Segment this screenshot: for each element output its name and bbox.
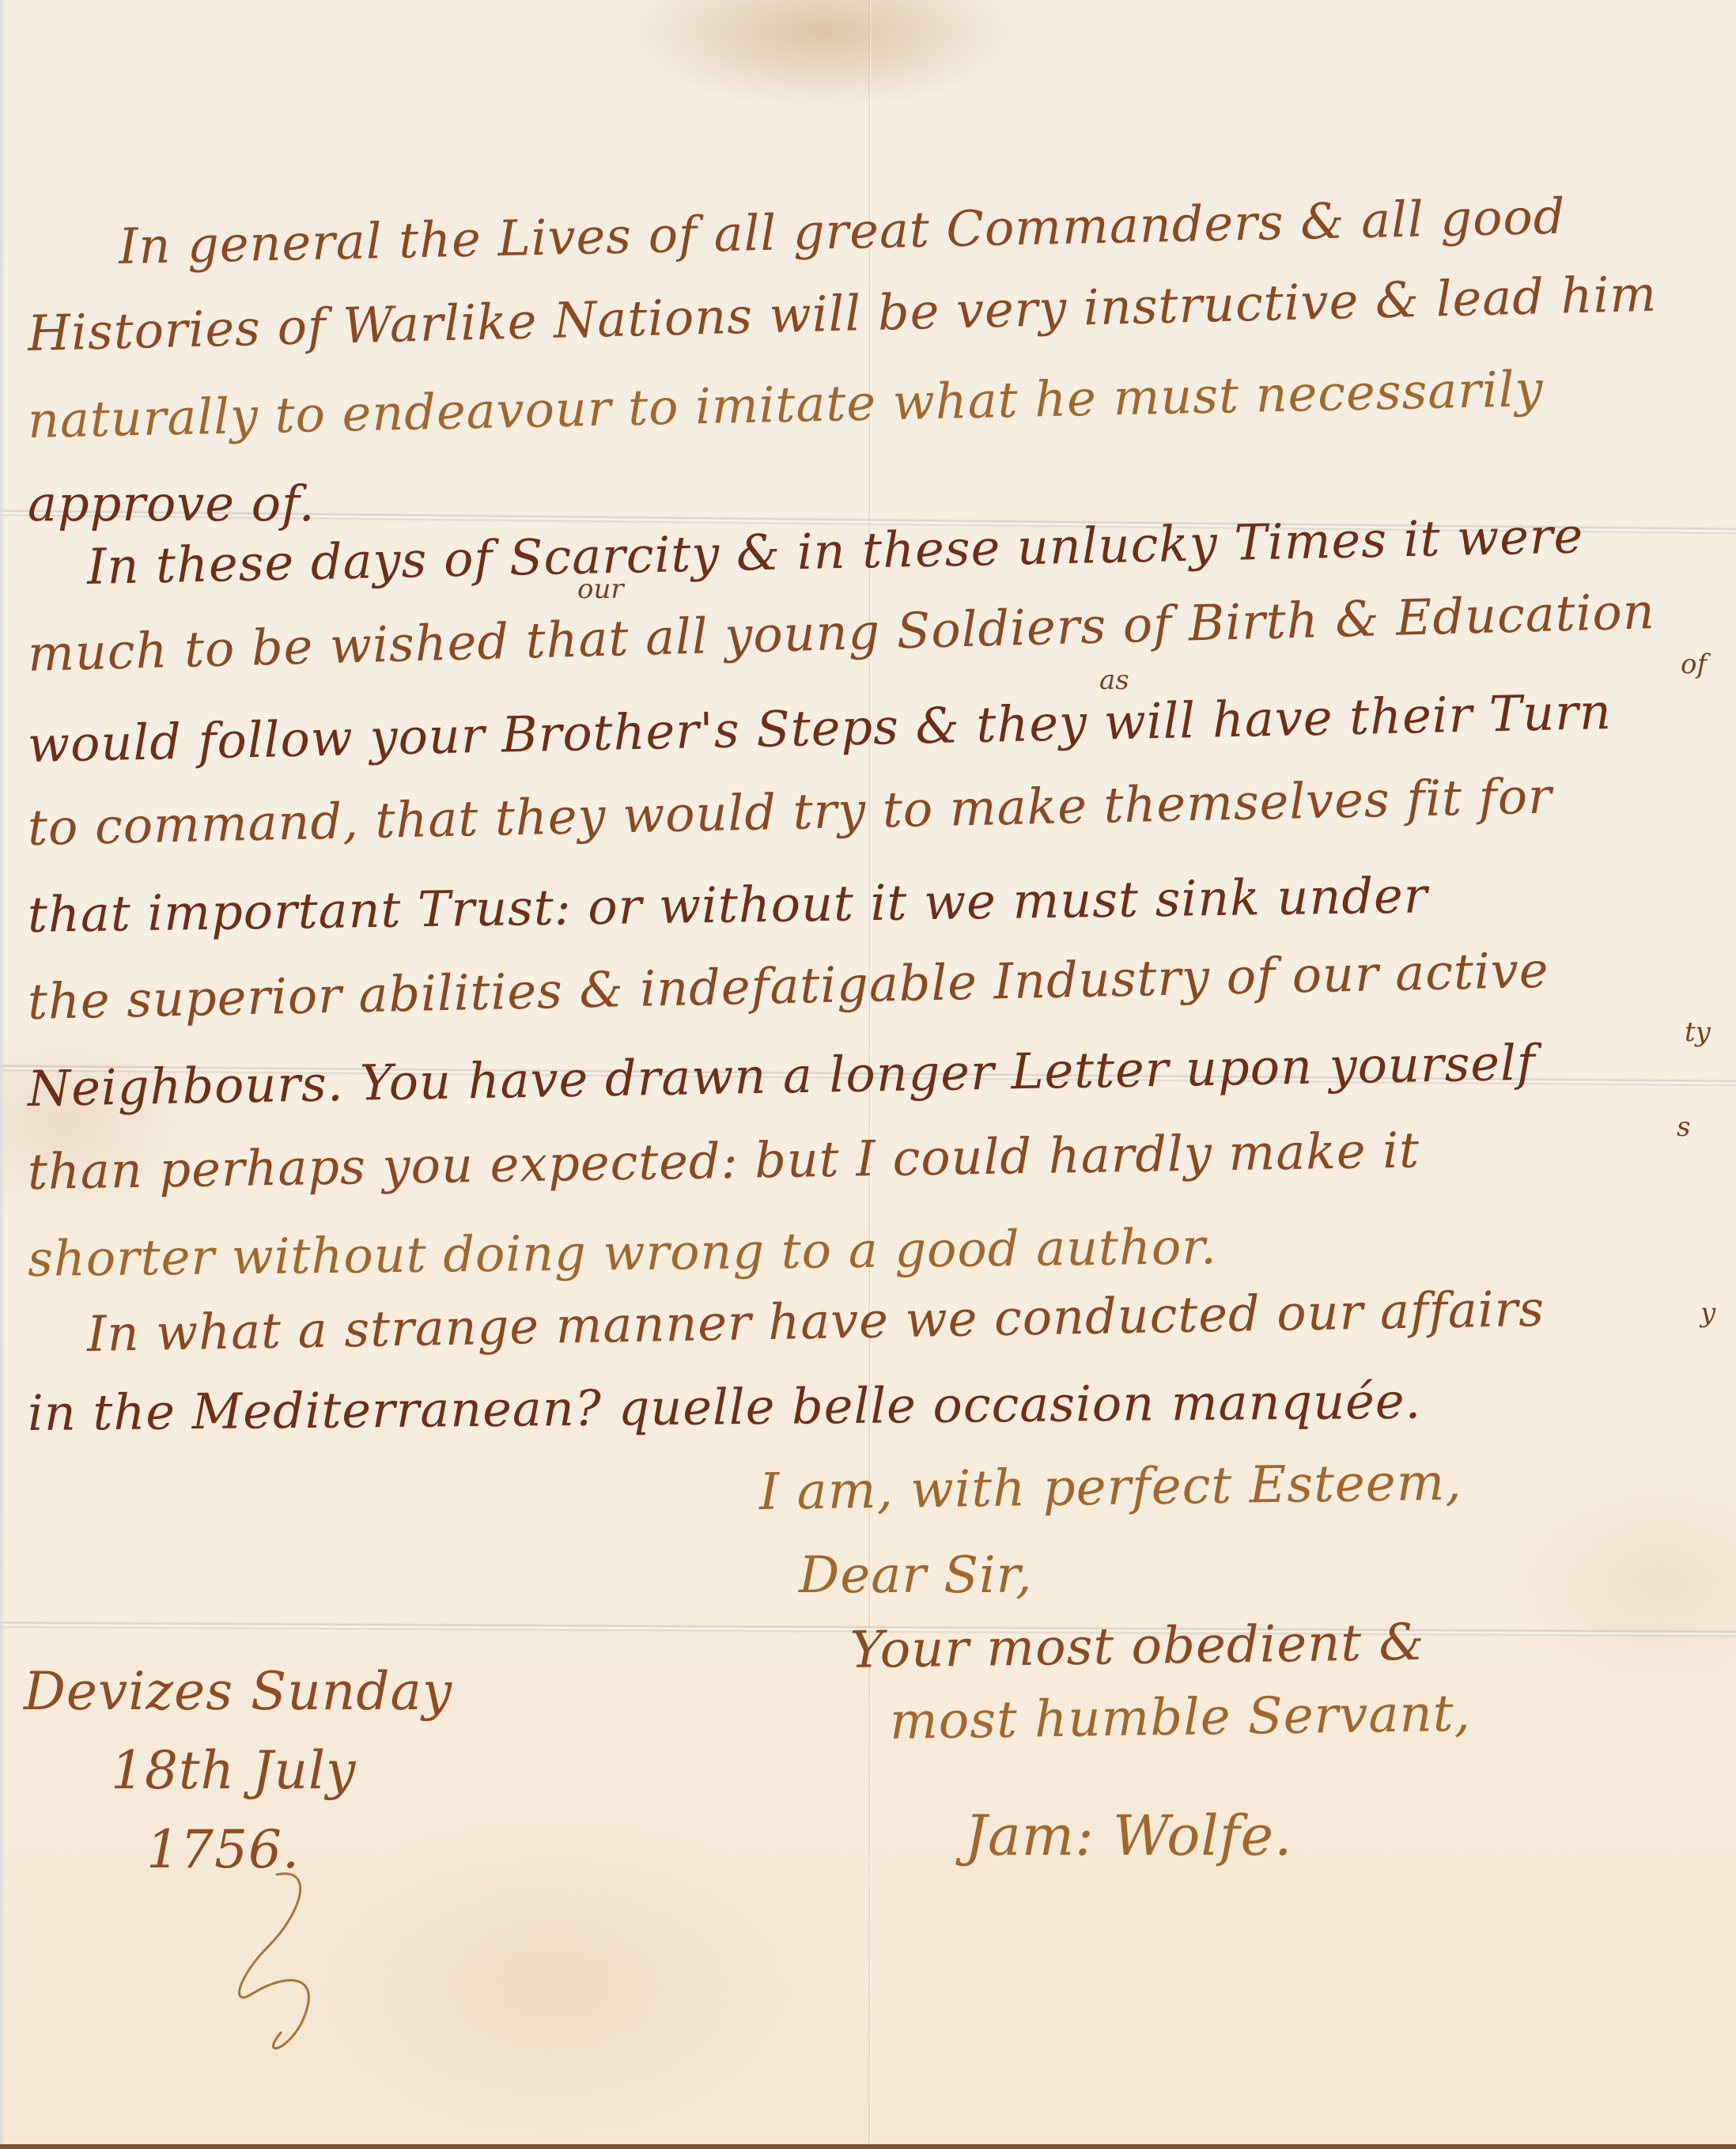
interlinear-note: y	[1700, 1297, 1715, 1329]
interlinear-note: of	[1681, 649, 1707, 680]
dateline-place: Devizes Sunday	[24, 1661, 452, 1722]
signature: Jam: Wolfe.	[965, 1803, 1292, 1868]
paper-left-edge	[0, 0, 5, 2149]
paper-bottom-edge	[0, 2144, 1736, 2149]
closing-salutation: Dear Sir,	[799, 1546, 1033, 1605]
interlinear-note: s	[1677, 1111, 1690, 1143]
closing-obedient: Your most obedient &	[849, 1614, 1424, 1680]
closing-servant: most humble Servant,	[889, 1685, 1471, 1751]
interlinear-note: ty	[1685, 1016, 1711, 1048]
closing-esteem: I am, with perfect Esteem,	[758, 1454, 1462, 1522]
interlinear-note: as	[1099, 664, 1129, 696]
pen-flourish-icon	[206, 1867, 348, 2056]
letter-line: approve of.	[28, 475, 316, 532]
dateline-date: 18th July	[111, 1740, 356, 1801]
letter-line: in the Mediterranean? quelle belle occas…	[28, 1372, 1422, 1442]
interlinear-note: our	[577, 573, 624, 605]
